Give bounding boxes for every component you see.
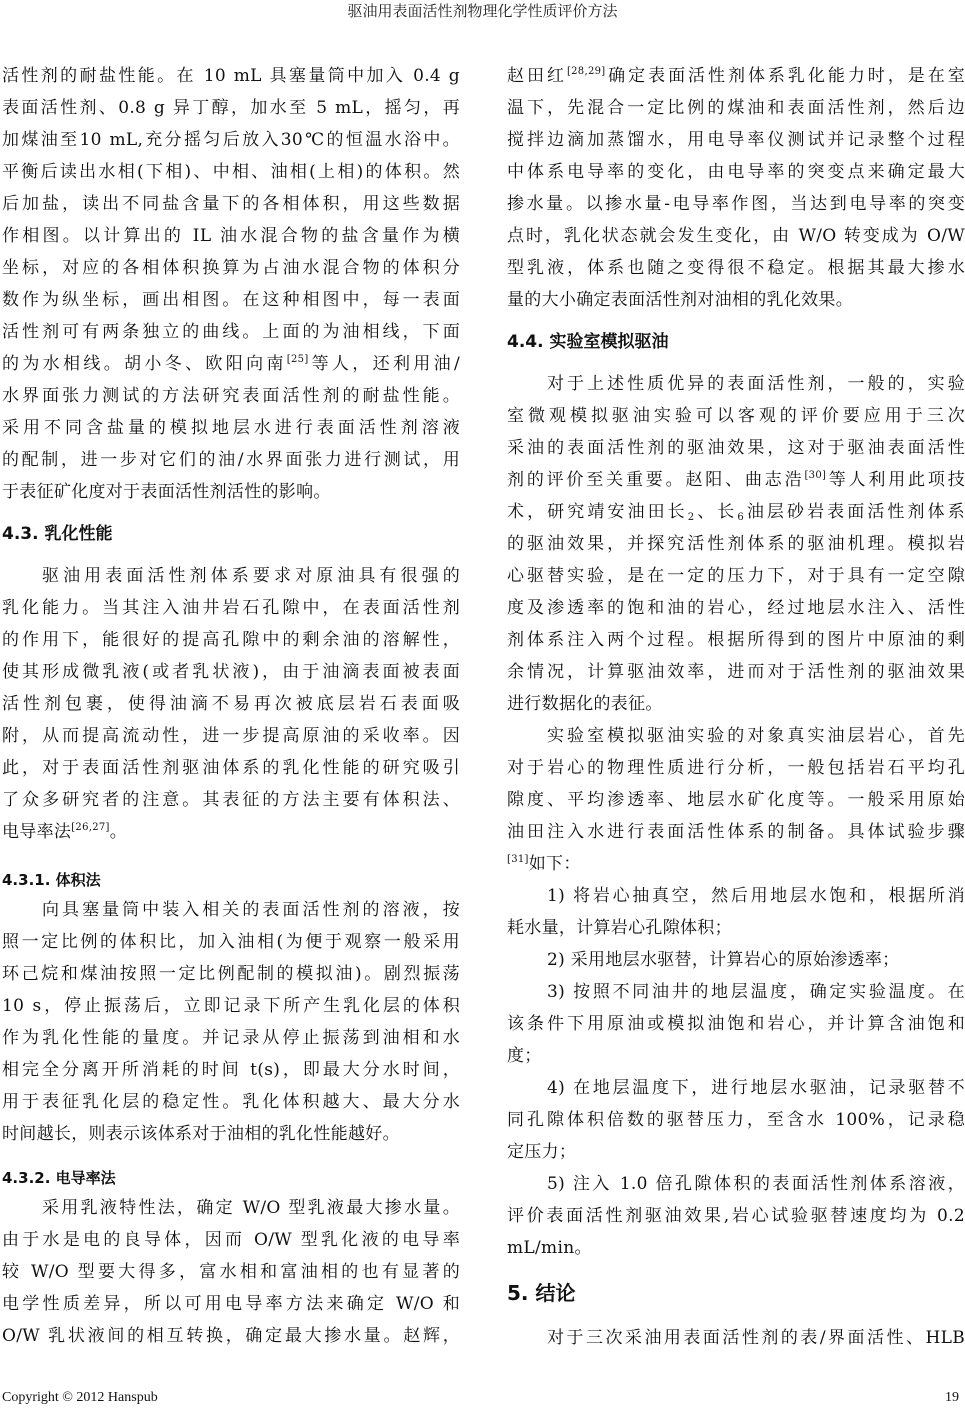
- text-line: 照一定比例的体积比，加入油相(为便于观察一般采用: [2, 926, 460, 958]
- step-1: 1) 将岩心抽真空，然后用地层水饱和，根据所消: [507, 880, 965, 912]
- paragraph-lab-simulation: 对于上述性质优异的表面活性剂，一般的，实验 室微观模拟驱油实验可以客观的评价要应…: [507, 368, 965, 720]
- text-line: 实验室模拟驱油实验的对象真实油层岩心，首先: [507, 720, 965, 752]
- text-line: 用于表征乳化层的稳定性。乳化体积越大、最大分水: [2, 1086, 460, 1118]
- text-line: 水界面张力测试的方法研究表面活性剂的耐盐性能。: [2, 380, 460, 412]
- text-line: 活性剂可有两条独立的曲线。上面的为油相线，下面: [2, 316, 460, 348]
- text-line: 使其形成微乳液(或者乳状液)，由于油滴表面被表面: [2, 656, 460, 688]
- citation-28-29[interactable]: [28,29]: [567, 66, 606, 77]
- text-line: 于表征矿化度对于表面活性剂活性的影响。: [2, 476, 460, 508]
- copyright-notice: Copyright © 2012 Hanspub: [2, 1390, 158, 1406]
- paragraph-conductivity-continued: 赵田红[28,29]确定表面活性剂体系乳化能力时，是在室 温下，先混合一定比例的…: [507, 60, 965, 316]
- text-line: 电学性质差异，所以可用电导率方法来确定 W/O 和: [2, 1288, 460, 1320]
- experiment-steps-list: 1) 将岩心抽真空，然后用地层水饱和，根据所消 耗水量，计算岩心孔隙体积； 2)…: [507, 880, 965, 1264]
- text-line: 定压力；: [507, 1136, 965, 1168]
- text-span: 油层砂岩表面活性剂体系: [744, 502, 965, 522]
- text-line: 由于水是电的良导体，因而 O/W 型乳化液的电导率: [2, 1224, 460, 1256]
- text-span: 剂的评价至关重要。赵阳、曲志浩: [507, 470, 804, 490]
- text-line: 了众多研究者的注意。其表征的方法主要有体积法、: [2, 784, 460, 816]
- text-line: 型乳液，体系也随之变得很不稳定。根据其最大掺水: [507, 252, 965, 284]
- text-span: 。: [110, 822, 127, 842]
- text-line: 电导率法[26,27]。: [2, 816, 460, 848]
- paragraph-conclusion: 对于三次采油用表面活性剂的表/界面活性、HLB: [507, 1322, 965, 1354]
- text-span: 、长: [694, 502, 737, 522]
- text-line: 点时，乳化状态就会发生变化，由 W/O 转变成为 O/W: [507, 220, 965, 252]
- text-span: 等人，还利用油/: [309, 354, 460, 374]
- paragraph-salt-tolerance: 活性剂的耐盐性能。在 10 mL 具塞量筒中加入 0.4 g 表面活性剂、0.8…: [2, 60, 460, 508]
- text-line: 后加盐，读出不同盐含量下的各相体积，用这些数据: [2, 188, 460, 220]
- text-line: 向具塞量筒中装入相关的表面活性剂的溶液，按: [2, 894, 460, 926]
- text-line: 乳化能力。当其注入油井岩石孔隙中，在表面活性剂: [2, 592, 460, 624]
- text-line: 余情况，计算驱油效率，进而对于活性剂的驱油效果: [507, 656, 965, 688]
- text-span: 电导率法: [2, 822, 71, 842]
- text-line: 的驱油效果，并探究活性剂体系的驱油机理。模拟岩: [507, 528, 965, 560]
- text-line: 的作用下，能很好的提高孔隙中的剩余油的溶解性，: [2, 624, 460, 656]
- text-line: 油田注入水进行表面活性体系的制备。具体试验步骤: [507, 816, 965, 848]
- text-line: 附，从而提高流动性，进一步提高原油的采收率。因: [2, 720, 460, 752]
- text-line: 驱油用表面活性剂体系要求对原油具有很强的: [2, 560, 460, 592]
- text-line: 作相图。以计算出的 IL 油水混合物的盐含量作为横: [2, 220, 460, 252]
- text-line: 环己烷和煤油按照一定比例配制的模拟油)。剧烈振荡: [2, 958, 460, 990]
- text-line: mL/min。: [507, 1232, 965, 1264]
- page-number: 19: [945, 1390, 959, 1406]
- citation-31[interactable]: [31]: [507, 854, 529, 865]
- text-line: 温下，先混合一定比例的煤油和表面活性剂，然后边: [507, 92, 965, 124]
- text-line: 对于岩心的物理性质进行分析，一般包括岩石平均孔: [507, 752, 965, 784]
- citation-25[interactable]: [25]: [287, 354, 309, 365]
- text-line: 量的大小确定表面活性剂对油相的乳化效果。: [507, 284, 965, 316]
- section-heading-4-3-2: 4.3.2. 电导率法: [2, 1164, 460, 1192]
- text-line: 坐标，对应的各相体积换算为占油水混合物的体积分: [2, 252, 460, 284]
- paragraph-core-analysis: 实验室模拟驱油实验的对象真实油层岩心，首先 对于岩心的物理性质进行分析，一般包括…: [507, 720, 965, 880]
- text-line: 表面活性剂、0.8 g 异丁醇，加水至 5 mL，摇匀，再: [2, 92, 460, 124]
- text-line: 搅拌边滴加蒸馏水，用电导率仪测试并记录整个过程: [507, 124, 965, 156]
- paragraph-emulsification: 驱油用表面活性剂体系要求对原油具有很强的 乳化能力。当其注入油井岩石孔隙中，在表…: [2, 560, 460, 848]
- section-heading-5: 5. 结论: [507, 1276, 965, 1310]
- step-5: 5) 注入 1.0 倍孔隙体积的表面活性剂体系溶液，: [507, 1168, 965, 1200]
- text-line: 10 s，停止振荡后，立即记录下所产生乳化层的体积: [2, 990, 460, 1022]
- text-line: 评价表面活性剂驱油效果,岩心试验驱替速度均为 0.2: [507, 1200, 965, 1232]
- running-title: 驱油用表面活性剂物理化学性质评价方法: [0, 0, 965, 28]
- text-span: 赵田红: [507, 66, 567, 86]
- text-line: 进行数据化的表征。: [507, 688, 965, 720]
- step-4: 4) 在地层温度下，进行地层水驱油，记录驱替不: [507, 1072, 965, 1104]
- section-heading-4-3-1: 4.3.1. 体积法: [2, 866, 460, 894]
- text-line: O/W 乳状液间的相互转换，确定最大掺水量。赵辉，: [2, 1320, 460, 1352]
- text-line: 活性剂的耐盐性能。在 10 mL 具塞量筒中加入 0.4 g: [2, 60, 460, 92]
- paragraph-conductivity-method: 采用乳液特性法，确定 W/O 型乳液最大掺水量。 由于水是电的良导体，因而 O/…: [2, 1192, 460, 1352]
- paragraph-volume-method: 向具塞量筒中装入相关的表面活性剂的溶液，按 照一定比例的体积比，加入油相(为便于…: [2, 894, 460, 1150]
- text-line: 同孔隙体积倍数的驱替压力，至含水 100%，记录稳: [507, 1104, 965, 1136]
- text-line: 中体系电导率的变化，由电导率的突变点来确定最大: [507, 156, 965, 188]
- text-line: 耗水量，计算岩心孔隙体积；: [507, 912, 965, 944]
- text-line: 该条件下用原油或模拟油饱和岩心，并计算含油饱和: [507, 1008, 965, 1040]
- text-line: 平衡后读出水相(下相)、中相、油相(上相)的体积。然: [2, 156, 460, 188]
- text-line: 剂的评价至关重要。赵阳、曲志浩[30]等人利用此项技: [507, 464, 965, 496]
- text-line: 活性剂包裹，使得油滴不易再次被底层岩石表面吸: [2, 688, 460, 720]
- text-line: 术，研究靖安油田长2、长6油层砂岩表面活性剂体系: [507, 496, 965, 528]
- text-line: 对于上述性质优异的表面活性剂，一般的，实验: [507, 368, 965, 400]
- citation-30[interactable]: [30]: [804, 470, 826, 481]
- right-column: 赵田红[28,29]确定表面活性剂体系乳化能力时，是在室 温下，先混合一定比例的…: [507, 60, 965, 1354]
- text-line: 采用乳液特性法，确定 W/O 型乳液最大掺水量。: [2, 1192, 460, 1224]
- text-line: 剂体系注入两个过程。根据所得到的图片中原油的剩: [507, 624, 965, 656]
- text-line: 作为乳化性能的量度。并记录从停止振荡到油相和水: [2, 1022, 460, 1054]
- step-3: 3) 按照不同油井的地层温度，确定实验温度。在: [507, 976, 965, 1008]
- text-line: 赵田红[28,29]确定表面活性剂体系乳化能力时，是在室: [507, 60, 965, 92]
- text-line: 掺水量。以掺水量-电导率作图，当达到电导率的突变: [507, 188, 965, 220]
- text-line: 的配制，进一步对它们的油/水界面张力进行测试，用: [2, 444, 460, 476]
- citation-26-27[interactable]: [26,27]: [71, 822, 110, 833]
- text-line: 采油的表面活性剂的驱油效果，这对于驱油表面活性: [507, 432, 965, 464]
- text-line: 对于三次采油用表面活性剂的表/界面活性、HLB: [507, 1322, 965, 1354]
- text-span: 的为水相线。胡小冬、欧阳向南: [2, 354, 287, 374]
- text-line: 数作为纵坐标，画出相图。在这种相图中，每一表面: [2, 284, 460, 316]
- text-line: 的为水相线。胡小冬、欧阳向南[25]等人，还利用油/: [2, 348, 460, 380]
- text-line: 此，对于表面活性剂驱油体系的乳化性能的研究吸引: [2, 752, 460, 784]
- text-line: 加煤油至10 mL,充分摇匀后放入30℃的恒温水浴中。: [2, 124, 460, 156]
- text-line: 相完全分离开所消耗的时间 t(s)，即最大分水时间，: [2, 1054, 460, 1086]
- left-column: 活性剂的耐盐性能。在 10 mL 具塞量筒中加入 0.4 g 表面活性剂、0.8…: [2, 60, 460, 1352]
- text-line: 度；: [507, 1040, 965, 1072]
- text-line: 较 W/O 型要大得多，富水相和富油相的也有显著的: [2, 1256, 460, 1288]
- text-line: 室微观模拟驱油实验可以客观的评价要应用于三次: [507, 400, 965, 432]
- text-line: 度及渗透率的饱和油的岩心，经过地层水注入、活性: [507, 592, 965, 624]
- text-span: 确定表面活性剂体系乳化能力时，是在室: [605, 66, 965, 86]
- section-heading-4-3: 4.3. 乳化性能: [2, 518, 460, 550]
- text-line: 隙度、平均渗透率、地层水矿化度等。一般采用原始: [507, 784, 965, 816]
- text-line: 时间越长，则表示该体系对于油相的乳化性能越好。: [2, 1118, 460, 1150]
- text-line: 采用不同含盐量的模拟地层水进行表面活性剂溶液: [2, 412, 460, 444]
- text-line: [31]如下：: [507, 848, 965, 880]
- text-span: 术，研究靖安油田长: [507, 502, 688, 522]
- text-line: 心驱替实验，是在一定的压力下，对于具有一定空隙: [507, 560, 965, 592]
- section-heading-4-4: 4.4. 实验室模拟驱油: [507, 326, 965, 358]
- step-2: 2) 采用地层水驱替，计算岩心的原始渗透率；: [507, 944, 965, 976]
- text-span: 等人利用此项技: [826, 470, 965, 490]
- text-span: 如下：: [529, 854, 581, 874]
